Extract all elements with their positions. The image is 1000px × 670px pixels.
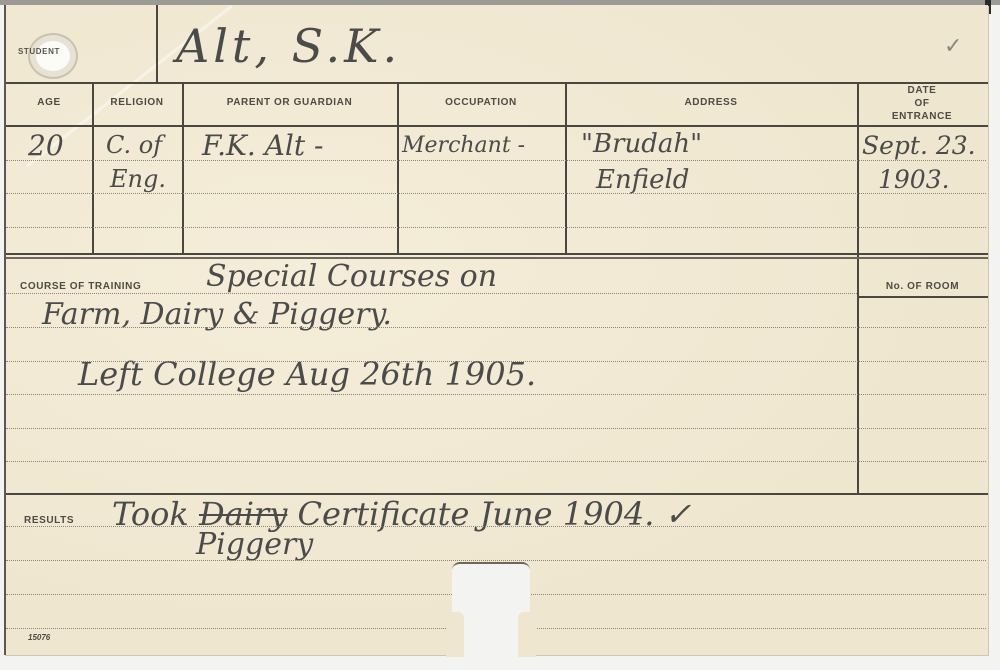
divider (857, 296, 988, 298)
results-certificate: Certificate June 1904. ✓ (297, 495, 691, 533)
date-of-entrance-line2: 1903. (878, 165, 950, 194)
notch-shoulder-left (446, 612, 464, 657)
column-header-address: ADDRESS (565, 97, 857, 108)
address-value-line1: "Brudah" (581, 129, 702, 159)
divider (156, 5, 158, 82)
address-value-line2: Enfield (596, 165, 689, 195)
course-of-training-label: COURSE OF TRAINING (20, 281, 141, 292)
course-line1: Special Courses on (206, 259, 497, 294)
form-number: 15076 (28, 633, 50, 642)
column-header-occupation: OCCUPATION (397, 97, 565, 108)
divider (6, 125, 988, 127)
divider (6, 82, 988, 84)
ruled-line (6, 160, 986, 161)
religion-value-line2: Eng. (110, 165, 166, 193)
student-record-card: STUDENT Alt, S.K. ✓ AGE RELIGION PARENT … (4, 5, 988, 655)
age-value: 20 (28, 129, 64, 162)
punch-hole (36, 41, 70, 71)
divider (6, 253, 988, 255)
student-label: STUDENT (18, 47, 60, 56)
occupation-value: Merchant - (402, 133, 525, 158)
results-line2: Piggery (196, 527, 313, 562)
column-header-date-of-entrance: DATE OF ENTRANCE (857, 84, 987, 123)
room-label: No. OF ROOM (857, 281, 988, 292)
header-line: ENTRANCE (857, 110, 987, 123)
ruled-line (6, 327, 986, 328)
ruled-line (6, 526, 986, 527)
ruled-line (6, 361, 986, 362)
column-header-parent: PARENT OR GUARDIAN (182, 97, 397, 108)
notch-shoulder-right (518, 612, 536, 657)
results-label: RESULTS (24, 515, 74, 526)
ruled-line (6, 428, 986, 429)
header-line: OF (857, 97, 987, 110)
ruled-line (6, 560, 986, 561)
results-took: Took (112, 495, 189, 533)
ruled-line (6, 394, 986, 395)
date-of-entrance-line1: Sept. 23. (862, 131, 976, 160)
parent-value: F.K. Alt - (202, 129, 323, 162)
column-header-religion: RELIGION (92, 97, 182, 108)
ruled-line (6, 461, 986, 462)
religion-value-line1: C. of (106, 131, 162, 159)
student-name: Alt, S.K. (176, 19, 401, 73)
column-header-age: AGE (6, 97, 92, 108)
ruled-line (6, 227, 986, 228)
header-line: DATE (857, 84, 987, 97)
ruled-line (6, 193, 986, 194)
ruled-line (6, 293, 857, 294)
check-mark-icon: ✓ (944, 33, 962, 59)
